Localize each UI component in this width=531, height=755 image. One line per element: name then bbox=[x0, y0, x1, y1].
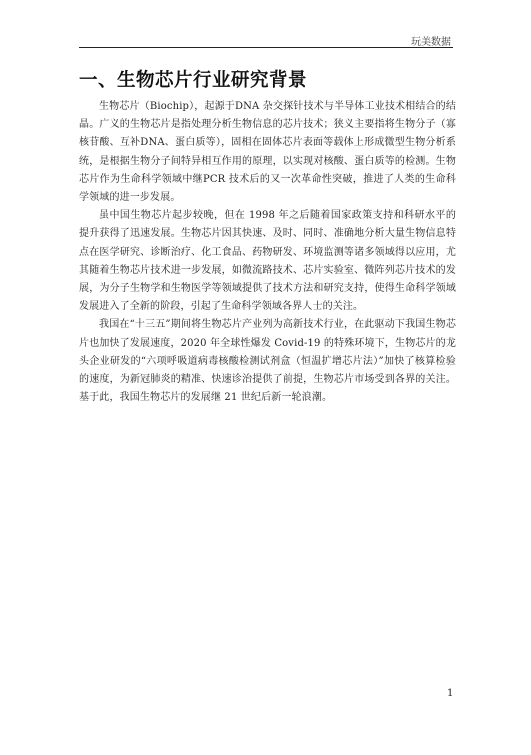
paragraph-3: 我国在“十三五”期间将生物芯片产业列为高新技术行业，在此驱动下我国生物芯片也加快… bbox=[79, 316, 456, 407]
header-divider bbox=[79, 47, 453, 48]
paragraph-1: 生物芯片（Biochip），起源于DNA 杂交探针技术与半导体工业技术相结合的结… bbox=[79, 98, 456, 207]
page-number: 1 bbox=[447, 688, 453, 699]
section-body: 生物芯片（Biochip），起源于DNA 杂交探针技术与半导体工业技术相结合的结… bbox=[79, 98, 456, 407]
section-title: 一、生物芯片行业研究背景 bbox=[79, 66, 307, 92]
header-label: 玩美数据 bbox=[411, 33, 451, 48]
paragraph-2: 虽中国生物芯片起步较晚，但在 1998 年之后随着国家政策支持和科研水平的提升获… bbox=[79, 207, 456, 316]
